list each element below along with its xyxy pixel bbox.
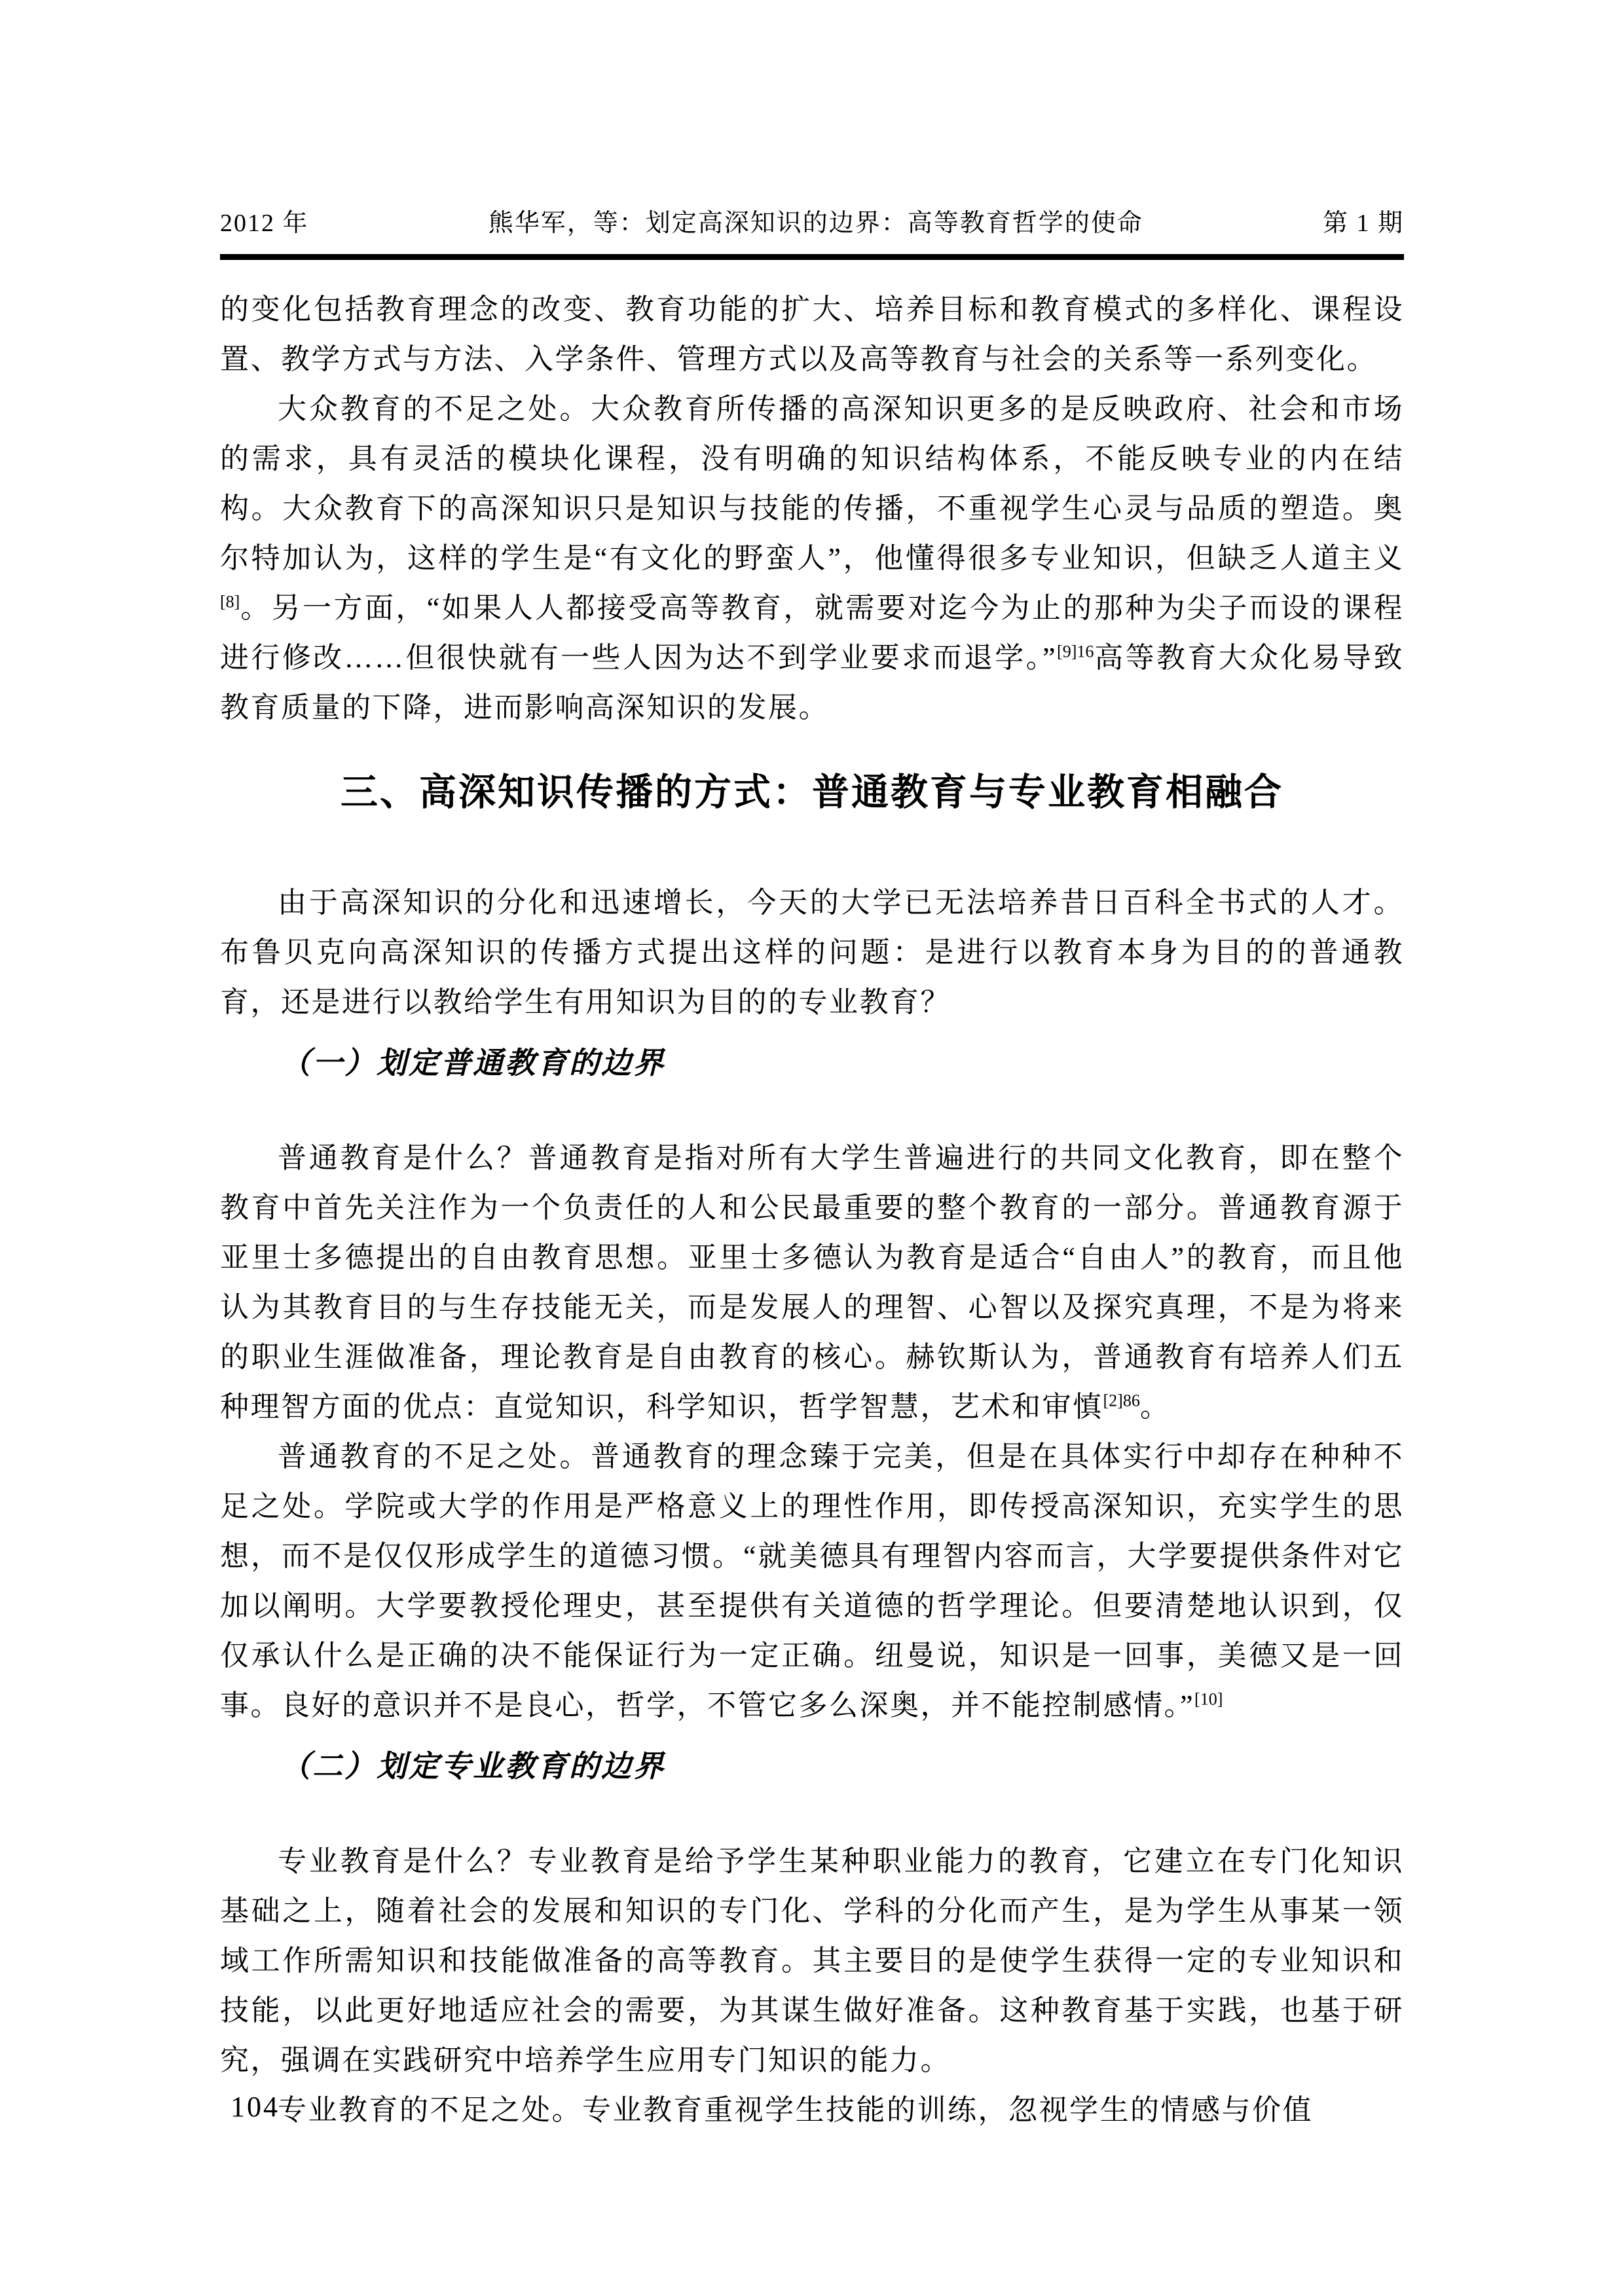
subsection-heading-2: （二）划定专业教育的边界 — [220, 1746, 1404, 1787]
section-heading: 三、高深知识传播的方式：普通教育与专业教育相融合 — [220, 765, 1404, 819]
page-header: 2012 年 熊华军，等：划定高深知识的边界：高等教育哲学的使命 第 1 期 — [220, 208, 1404, 238]
paragraph-professional-shortcoming: 专业教育的不足之处。专业教育重视学生技能的训练，忽视学生的情感与价值 — [220, 2085, 1404, 2135]
paragraph-mass-education: 大众教育的不足之处。大众教育所传播的高深知识更多的是反映政府、社会和市场的需求，… — [220, 384, 1404, 733]
header-issue: 第 1 期 — [1323, 208, 1404, 238]
paragraph-general-education: 普通教育是什么？普通教育是指对所有大学生普遍进行的共同文化教育，即在整个教育中首… — [220, 1133, 1404, 1432]
header-running-title: 熊华军，等：划定高深知识的边界：高等教育哲学的使命 — [309, 208, 1323, 238]
subsection-heading-1: （一）划定普通教育的边界 — [220, 1043, 1404, 1084]
page-number: 104 — [231, 2090, 280, 2123]
article-body: 的变化包括教育理念的改变、教育功能的扩大、培养目标和教育模式的多样化、课程设置、… — [220, 285, 1404, 2135]
header-year: 2012 年 — [220, 208, 309, 238]
header-rule — [220, 254, 1404, 260]
journal-page: 2012 年 熊华军，等：划定高深知识的边界：高等教育哲学的使命 第 1 期 的… — [0, 0, 1624, 2295]
paragraph-continuation: 的变化包括教育理念的改变、教育功能的扩大、培养目标和教育模式的多样化、课程设置、… — [220, 285, 1404, 384]
paragraph-professional-education: 专业教育是什么？专业教育是给予学生某种职业能力的教育，它建立在专门化知识基础之上… — [220, 1837, 1404, 2085]
paragraph-intro: 由于高深知识的分化和迅速增长，今天的大学已无法培养昔日百科全书式的人才。布鲁贝克… — [220, 878, 1404, 1027]
paragraph-general-shortcoming: 普通教育的不足之处。普通教育的理念臻于完美，但是在具体实行中却存在种种不足之处。… — [220, 1432, 1404, 1731]
